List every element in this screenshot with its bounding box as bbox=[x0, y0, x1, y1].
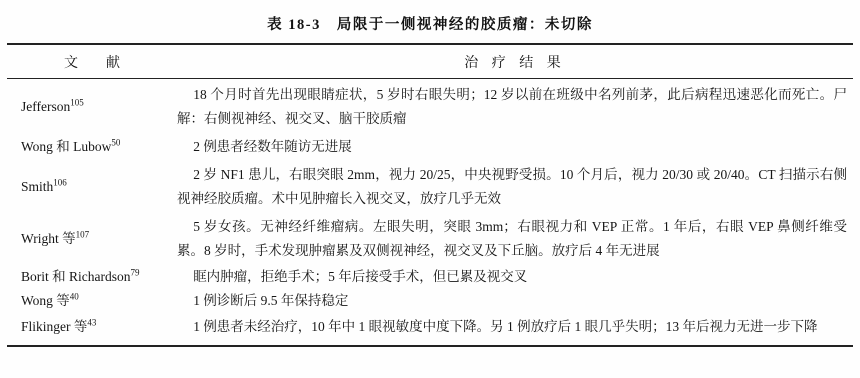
citation-superscript: 79 bbox=[131, 268, 140, 278]
author-name: Wong 等 bbox=[21, 293, 70, 308]
author-name: Borit 和 Richardson bbox=[21, 269, 131, 284]
table-body: Jefferson105 18 个月时首先出现眼睛症状，5 岁时右眼失明；12 … bbox=[7, 79, 853, 345]
result-cell: 18 个月时首先出现眼睛症状，5 岁时右眼失明；12 岁以前在班级中名列前茅，此… bbox=[177, 83, 853, 131]
author-name: Wong 和 Lubow bbox=[21, 139, 111, 154]
reference-cell: Wright 等107 bbox=[7, 228, 177, 250]
table-title: 表 18-3 局限于一侧视神经的胶质瘤：未切除 bbox=[7, 0, 853, 43]
reference-cell: Wong 和 Lubow50 bbox=[7, 136, 177, 158]
citation-superscript: 107 bbox=[76, 230, 90, 240]
reference-cell: Jefferson105 bbox=[7, 96, 177, 118]
citation-superscript: 43 bbox=[87, 318, 96, 328]
column-header-treatment-result: 治 疗 结 果 bbox=[177, 52, 853, 72]
table-row: Jefferson105 18 个月时首先出现眼睛症状，5 岁时右眼失明；12 … bbox=[7, 81, 853, 133]
result-cell: 1 例诊断后 9.5 年保持稳定 bbox=[177, 289, 853, 313]
data-table: 文 献 治 疗 结 果 Jefferson105 18 个月时首先出现眼睛症状，… bbox=[7, 43, 853, 347]
document-page: 表 18-3 局限于一侧视神经的胶质瘤：未切除 文 献 治 疗 结 果 Jeff… bbox=[0, 0, 860, 378]
table-row: Borit 和 Richardson79 眶内肿瘤，拒绝手术；5 年后接受手术，… bbox=[7, 265, 853, 289]
citation-superscript: 50 bbox=[111, 138, 120, 148]
result-cell: 眶内肿瘤，拒绝手术；5 年后接受手术，但已累及视交叉 bbox=[177, 265, 853, 289]
column-header-literature: 文 献 bbox=[7, 52, 177, 72]
table-row: Wong 等40 1 例诊断后 9.5 年保持稳定 bbox=[7, 289, 853, 313]
author-name: Jefferson bbox=[21, 99, 70, 114]
author-name: Flikinger 等 bbox=[21, 319, 87, 334]
table-header-row: 文 献 治 疗 结 果 bbox=[7, 45, 853, 79]
citation-superscript: 105 bbox=[70, 98, 84, 108]
reference-cell: Flikinger 等43 bbox=[7, 316, 177, 338]
result-cell: 2 岁 NF1 患儿，右眼突眼 2mm，视力 20/25，中央视野受损。10 个… bbox=[177, 163, 853, 211]
result-cell: 1 例患者未经治疗，10 年中 1 眼视敏度中度下降。另 1 例放疗后 1 眼几… bbox=[177, 315, 853, 339]
result-cell: 2 例患者经数年随访无进展 bbox=[177, 135, 853, 159]
table-row: Smith106 2 岁 NF1 患儿，右眼突眼 2mm，视力 20/25，中央… bbox=[7, 161, 853, 213]
table-row: Wong 和 Lubow50 2 例患者经数年随访无进展 bbox=[7, 133, 853, 161]
reference-cell: Smith106 bbox=[7, 176, 177, 198]
table-row: Wright 等107 5 岁女孩。无神经纤维瘤病。左眼失明，突眼 3mm；右眼… bbox=[7, 213, 853, 265]
table-row: Flikinger 等43 1 例患者未经治疗，10 年中 1 眼视敏度中度下降… bbox=[7, 313, 853, 341]
author-name: Smith bbox=[21, 179, 53, 194]
citation-superscript: 106 bbox=[53, 178, 67, 188]
citation-superscript: 40 bbox=[70, 292, 79, 302]
reference-cell: Borit 和 Richardson79 bbox=[7, 266, 177, 288]
author-name: Wright 等 bbox=[21, 231, 76, 246]
reference-cell: Wong 等40 bbox=[7, 290, 177, 312]
result-cell: 5 岁女孩。无神经纤维瘤病。左眼失明，突眼 3mm；右眼视力和 VEP 正常。1… bbox=[177, 215, 853, 263]
